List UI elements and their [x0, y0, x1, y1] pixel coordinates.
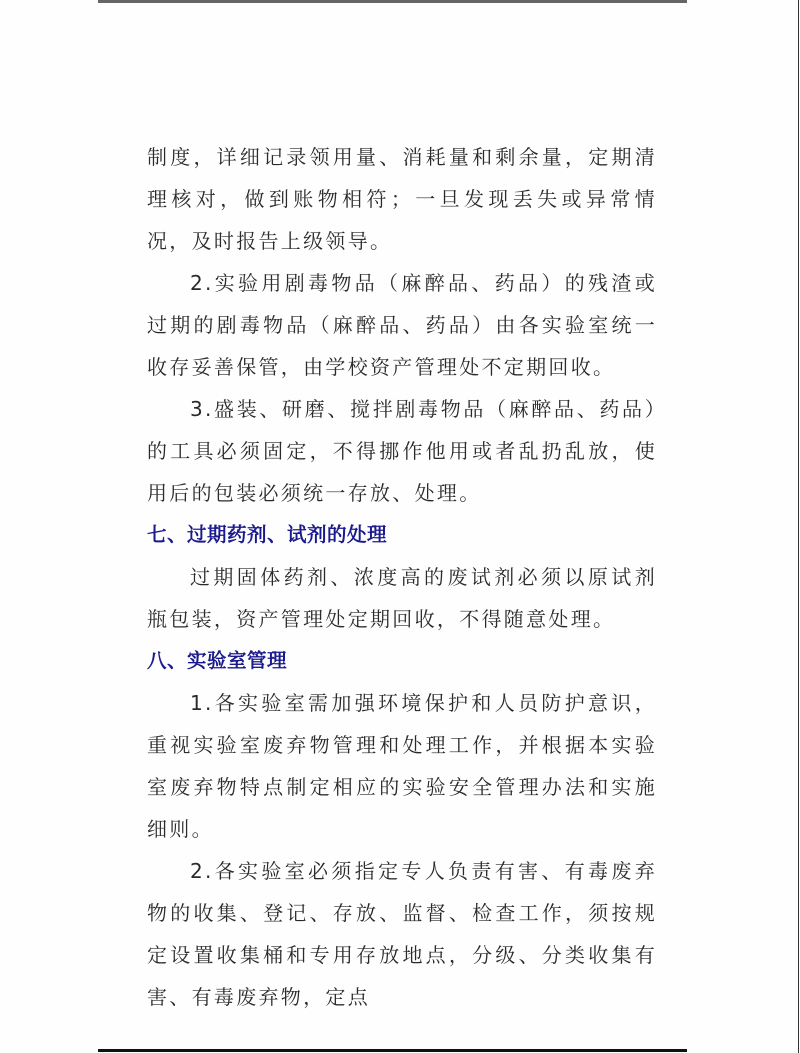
footer-rule — [98, 1049, 687, 1052]
paragraph: 2.实验用剧毒物品（麻醉品、药品）的残渣或过期的剧毒物品（麻醉品、药品）由各实验… — [147, 262, 657, 388]
paragraph: 3.盛装、研磨、搅拌剧毒物品（麻醉品、药品）的工具必须固定，不得挪作他用或者乱扔… — [147, 388, 657, 514]
paragraph: 制度，详细记录领用量、消耗量和剩余量，定期清理核对，做到账物相符；一旦发现丢失或… — [147, 136, 657, 262]
header-rule — [98, 0, 687, 3]
section-heading: 八、实验室管理 — [147, 640, 657, 682]
document-body: 制度，详细记录领用量、消耗量和剩余量，定期清理核对，做到账物相符；一旦发现丢失或… — [147, 136, 657, 1018]
page-edge — [798, 0, 799, 1053]
paragraph: 1.各实验室需加强环境保护和人员防护意识，重视实验室废弃物管理和处理工作，并根据… — [147, 682, 657, 850]
section-heading: 七、过期药剂、试剂的处理 — [147, 514, 657, 556]
paragraph: 2.各实验室必须指定专人负责有害、有毒废弃物的收集、登记、存放、监督、检查工作，… — [147, 850, 657, 1018]
paragraph: 过期固体药剂、浓度高的废试剂必须以原试剂瓶包装，资产管理处定期回收，不得随意处理… — [147, 556, 657, 640]
